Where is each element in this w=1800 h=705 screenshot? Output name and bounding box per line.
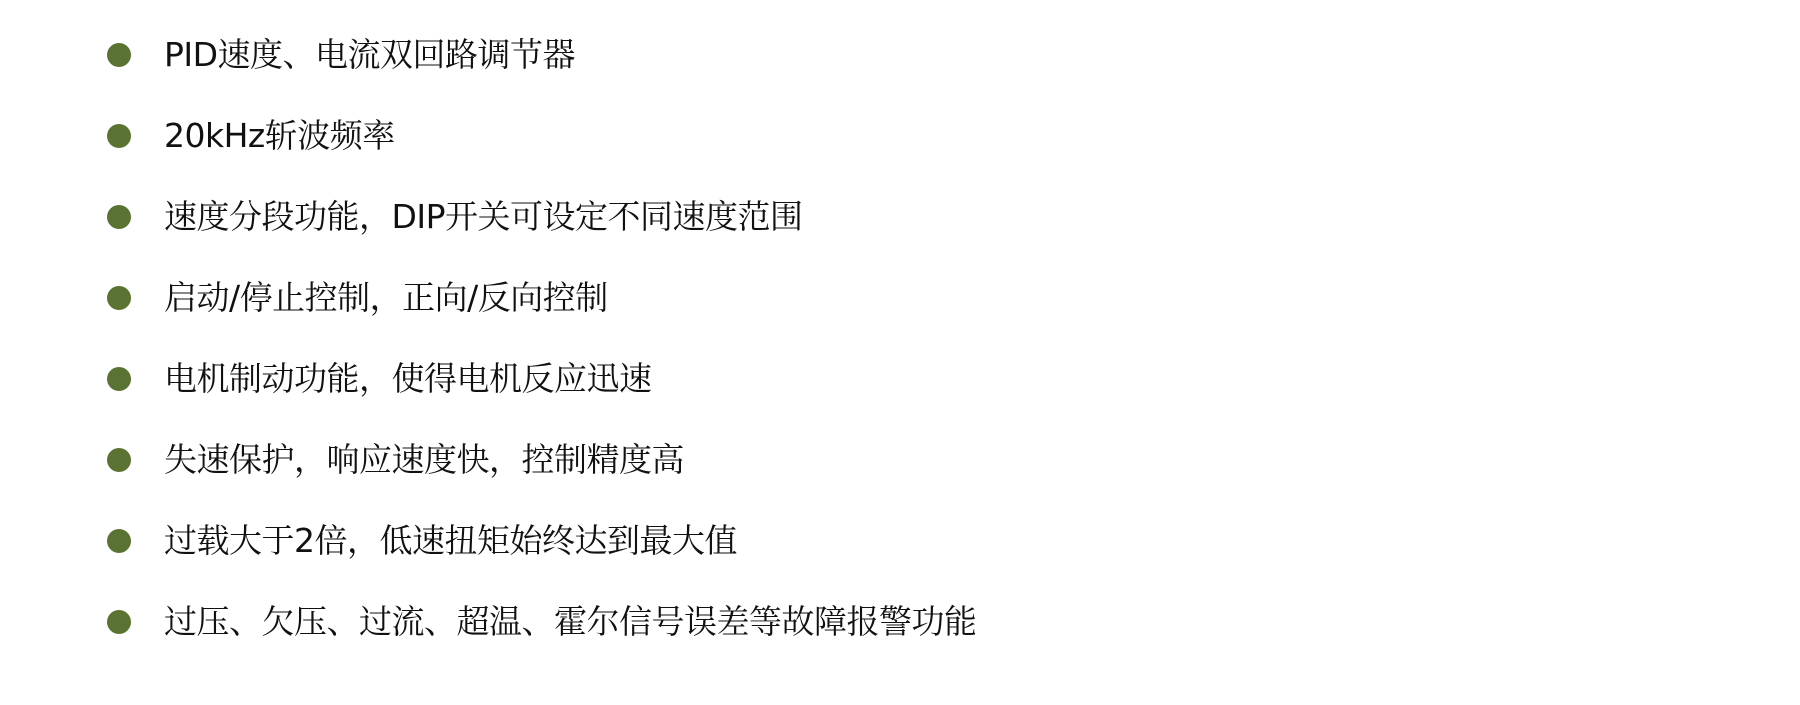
feature-item-overload-torque: 过载大于2倍，低速扭矩始终达到最大值	[0, 511, 1800, 571]
bullet-dot-icon	[107, 124, 131, 148]
bullet-dot-icon	[107, 610, 131, 634]
feature-item-stall-protection: 失速保护，响应速度快，控制精度高	[0, 430, 1800, 490]
feature-text: 速度分段功能，DIP开关可设定不同速度范围	[164, 187, 803, 247]
feature-text: 失速保护，响应速度快，控制精度高	[164, 430, 684, 490]
feature-text: 启动/停止控制，正向/反向控制	[164, 268, 608, 328]
feature-item-motor-braking: 电机制动功能，使得电机反应迅速	[0, 349, 1800, 409]
bullet-dot-icon	[107, 205, 131, 229]
feature-text: PID速度、电流双回路调节器	[164, 25, 575, 85]
bullet-dot-icon	[107, 367, 131, 391]
feature-text: 过压、欠压、过流、超温、霍尔信号误差等故障报警功能	[164, 592, 977, 652]
feature-item-start-stop-control: 启动/停止控制，正向/反向控制	[0, 268, 1800, 328]
bullet-dot-icon	[107, 286, 131, 310]
feature-item-pid-regulator: PID速度、电流双回路调节器	[0, 25, 1800, 85]
feature-item-chopper-frequency: 20kHz斩波频率	[0, 106, 1800, 166]
bullet-dot-icon	[107, 529, 131, 553]
feature-item-fault-alarms: 过压、欠压、过流、超温、霍尔信号误差等故障报警功能	[0, 592, 1800, 652]
feature-item-speed-segmentation: 速度分段功能，DIP开关可设定不同速度范围	[0, 187, 1800, 247]
bullet-dot-icon	[107, 43, 131, 67]
feature-text: 过载大于2倍，低速扭矩始终达到最大值	[164, 511, 737, 571]
feature-text: 20kHz斩波频率	[164, 106, 395, 166]
bullet-dot-icon	[107, 448, 131, 472]
feature-text: 电机制动功能，使得电机反应迅速	[164, 349, 652, 409]
